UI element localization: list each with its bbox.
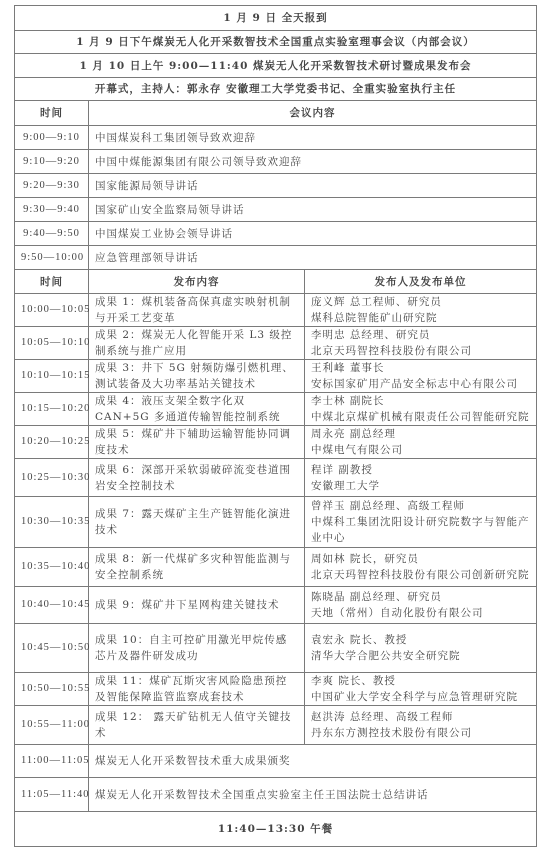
table-row: 10:15—10:20 成果 4：液压支架全数字化双 CAN+5G 多通道传输智…	[15, 393, 537, 426]
row-content: 中国煤炭工业协会领导讲话	[89, 222, 537, 246]
row-presenter: 李明忠 总经理、研究员北京天玛智控科技股份有限公司	[305, 327, 537, 360]
row-content: 成果 11：煤矿瓦斯灾害风险隐患预控及智能保障监管监察成套技术	[89, 673, 305, 706]
table-row: 9:20—9:30 国家能源局领导讲话	[15, 174, 537, 198]
row-time: 10:30—10:35	[15, 497, 89, 548]
row-content: 成果 9：煤矿井下星网构建关键技术	[89, 587, 305, 624]
row-time: 11:05—11:40	[15, 778, 89, 812]
table-row: 10:00—10:05 成果 1：煤机装备高保真虚实映射机制与开采工艺变革 庞义…	[15, 294, 537, 327]
row-content: 成果 5：煤矿井下辅助运输智能协同调度技术	[89, 426, 305, 459]
table-row: 10:50—10:55 成果 11：煤矿瓦斯灾害风险隐患预控及智能保障监管监察成…	[15, 673, 537, 706]
presenter-name: 程详 副教授	[311, 462, 530, 478]
row-presenter: 李爽 院长、教授中国矿业大学安全科学与应急管理研究院	[305, 673, 537, 706]
row-time: 10:40—10:45	[15, 587, 89, 624]
presenter-org: 安标国家矿用产品安全标志中心有限公司	[311, 376, 530, 392]
row-content: 成果 8：新一代煤矿多灾种智能监测与安全控制系统	[89, 548, 305, 587]
table-row: 10:30—10:35 成果 7：露天煤矿主生产链智能化演进技术 曾祥玉 副总经…	[15, 497, 537, 548]
row-content: 成果 12： 露天矿钻机无人值守关键技术	[89, 706, 305, 745]
presenter-name: 李爽 院长、教授	[311, 673, 530, 689]
row-time: 10:35—10:40	[15, 548, 89, 587]
banner-row: 1 月 9 日下午煤炭无人化开采数智技术全国重点实验室理事会议（内部会议）	[15, 31, 537, 54]
presenter-name: 王利峰 董事长	[311, 360, 530, 376]
banner-row: 1 月 10 日上午 9:00—11:40 煤炭无人化开采数智技术研讨暨成果发布…	[15, 54, 537, 78]
row-content: 国家能源局领导讲话	[89, 174, 537, 198]
row-presenter: 赵洪涛 总经理、高级工程师丹东东方测控技术股份有限公司	[305, 706, 537, 745]
row-content: 应急管理部领导讲话	[89, 246, 537, 270]
row-time: 10:00—10:05	[15, 294, 89, 327]
row-content: 煤炭无人化开采数智技术重大成果颁奖	[89, 745, 537, 778]
header-meeting-content: 会议内容	[89, 101, 537, 126]
table-row: 9:30—9:40 国家矿山安全监察局领导讲话	[15, 198, 537, 222]
presenter-org: 清华大学合肥公共安全研究院	[311, 648, 530, 664]
row-content: 成果 2：煤炭无人化智能开采 L3 级控制系统与推广应用	[89, 327, 305, 360]
row-content: 成果 7：露天煤矿主生产链智能化演进技术	[89, 497, 305, 548]
table-row: 11:00—11:05 煤炭无人化开采数智技术重大成果颁奖	[15, 745, 537, 778]
presenter-org: 煤科总院智能矿山研究院	[311, 310, 530, 326]
row-time: 9:40—9:50	[15, 222, 89, 246]
table-row: 10:05—10:10 成果 2：煤炭无人化智能开采 L3 级控制系统与推广应用…	[15, 327, 537, 360]
header-presenter: 发布人及发布单位	[305, 270, 537, 294]
row-time: 10:10—10:15	[15, 360, 89, 393]
presenter-org: 中煤电气有限公司	[311, 442, 530, 458]
row-time: 10:20—10:25	[15, 426, 89, 459]
row-time: 10:55—11:00	[15, 706, 89, 745]
row-time: 10:45—10:50	[15, 624, 89, 673]
presenter-name: 陈晓晶 副总经理、研究员	[311, 589, 530, 605]
row-time: 9:00—9:10	[15, 126, 89, 150]
table-row: 9:50—10:00 应急管理部领导讲话	[15, 246, 537, 270]
row-content: 中国中煤能源集团有限公司领导致欢迎辞	[89, 150, 537, 174]
row-presenter: 周永亮 副总经理中煤电气有限公司	[305, 426, 537, 459]
banner-council-meeting: 1 月 9 日下午煤炭无人化开采数智技术全国重点实验室理事会议（内部会议）	[15, 31, 537, 54]
presenter-org: 丹东东方测控技术股份有限公司	[311, 725, 530, 741]
row-presenter: 曾祥玉 副总经理、高级工程师中煤科工集团沈阳设计研究院数字与智能产业中心	[305, 497, 537, 548]
opening-header-row: 时间 会议内容	[15, 101, 537, 126]
presenter-name: 周永亮 副总经理	[311, 426, 530, 442]
banner-seminar: 1 月 10 日上午 9:00—11:40 煤炭无人化开采数智技术研讨暨成果发布…	[15, 54, 537, 78]
agenda-table: 1 月 9 日 全天报到 1 月 9 日下午煤炭无人化开采数智技术全国重点实验室…	[14, 5, 537, 847]
presenter-name: 庞义辉 总工程师、研究员	[311, 294, 530, 310]
row-content: 成果 4：液压支架全数字化双 CAN+5G 多通道传输智能控制系统	[89, 393, 305, 426]
table-row: 9:40—9:50 中国煤炭工业协会领导讲话	[15, 222, 537, 246]
row-time: 10:25—10:30	[15, 459, 89, 497]
banner-opening-host: 开幕式，主持人：郭永存 安徽理工大学党委书记、全重实验室执行主任	[15, 78, 537, 101]
row-presenter: 王利峰 董事长安标国家矿用产品安全标志中心有限公司	[305, 360, 537, 393]
row-content: 成果 6：深部开采软弱破碎流变巷道围岩安全控制技术	[89, 459, 305, 497]
table-row: 9:00—9:10 中国煤炭科工集团领导致欢迎辞	[15, 126, 537, 150]
row-presenter: 陈晓晶 副总经理、研究员天地（常州）自动化股份有限公司	[305, 587, 537, 624]
presenter-org: 安徽理工大学	[311, 478, 530, 494]
table-row: 10:10—10:15 成果 3：井下 5G 射频防爆引燃机理、测试装备及大功率…	[15, 360, 537, 393]
header-time: 时间	[15, 101, 89, 126]
row-time: 11:00—11:05	[15, 745, 89, 778]
row-presenter: 袁宏永 院长、教授清华大学合肥公共安全研究院	[305, 624, 537, 673]
release-header-row: 时间 发布内容 发布人及发布单位	[15, 270, 537, 294]
row-presenter: 周如林 院长，研究员北京天玛智控科技股份有限公司创新研究院	[305, 548, 537, 587]
row-time: 9:20—9:30	[15, 174, 89, 198]
presenter-org: 中国矿业大学安全科学与应急管理研究院	[311, 689, 530, 705]
row-content: 成果 1：煤机装备高保真虚实映射机制与开采工艺变革	[89, 294, 305, 327]
banner-row: 1 月 9 日 全天报到	[15, 6, 537, 31]
presenter-name: 赵洪涛 总经理、高级工程师	[311, 709, 530, 725]
presenter-name: 袁宏永 院长、教授	[311, 632, 530, 648]
row-content: 国家矿山安全监察局领导讲话	[89, 198, 537, 222]
row-time: 9:30—9:40	[15, 198, 89, 222]
table-row: 10:55—11:00 成果 12： 露天矿钻机无人值守关键技术 赵洪涛 总经理…	[15, 706, 537, 745]
row-presenter: 庞义辉 总工程师、研究员煤科总院智能矿山研究院	[305, 294, 537, 327]
row-time: 10:50—10:55	[15, 673, 89, 706]
presenter-org: 北京天玛智控科技股份有限公司创新研究院	[311, 567, 530, 583]
banner-registration: 1 月 9 日 全天报到	[15, 6, 537, 31]
banner-row: 开幕式，主持人：郭永存 安徽理工大学党委书记、全重实验室执行主任	[15, 78, 537, 101]
table-row: 10:20—10:25 成果 5：煤矿井下辅助运输智能协同调度技术 周永亮 副总…	[15, 426, 537, 459]
row-content: 煤炭无人化开采数智技术全国重点实验室主任王国法院士总结讲话	[89, 778, 537, 812]
presenter-org: 天地（常州）自动化股份有限公司	[311, 605, 530, 621]
lunch-break: 11:40—13:30 午餐	[15, 812, 537, 847]
presenter-name: 曾祥玉 副总经理、高级工程师	[311, 498, 530, 514]
row-presenter: 李士林 副院长中煤北京煤矿机械有限责任公司智能研究院	[305, 393, 537, 426]
row-content: 中国煤炭科工集团领导致欢迎辞	[89, 126, 537, 150]
header-time: 时间	[15, 270, 89, 294]
row-time: 10:05—10:10	[15, 327, 89, 360]
presenter-org: 中煤科工集团沈阳设计研究院数字与智能产业中心	[311, 514, 530, 546]
presenter-org: 中煤北京煤矿机械有限责任公司智能研究院	[311, 409, 530, 425]
table-row: 11:05—11:40 煤炭无人化开采数智技术全国重点实验室主任王国法院士总结讲…	[15, 778, 537, 812]
presenter-name: 周如林 院长，研究员	[311, 551, 530, 567]
presenter-org: 北京天玛智控科技股份有限公司	[311, 343, 530, 359]
table-row: 10:45—10:50 成果 10：自主可控矿用激光甲烷传感芯片及器件研发成功 …	[15, 624, 537, 673]
table-row: 10:40—10:45 成果 9：煤矿井下星网构建关键技术 陈晓晶 副总经理、研…	[15, 587, 537, 624]
lunch-row: 11:40—13:30 午餐	[15, 812, 537, 847]
row-time: 9:50—10:00	[15, 246, 89, 270]
table-row: 10:25—10:30 成果 6：深部开采软弱破碎流变巷道围岩安全控制技术 程详…	[15, 459, 537, 497]
header-release-content: 发布内容	[89, 270, 305, 294]
table-row: 10:35—10:40 成果 8：新一代煤矿多灾种智能监测与安全控制系统 周如林…	[15, 548, 537, 587]
row-time: 10:15—10:20	[15, 393, 89, 426]
row-content: 成果 10：自主可控矿用激光甲烷传感芯片及器件研发成功	[89, 624, 305, 673]
row-presenter: 程详 副教授安徽理工大学	[305, 459, 537, 497]
row-time: 9:10—9:20	[15, 150, 89, 174]
presenter-name: 李明忠 总经理、研究员	[311, 327, 530, 343]
presenter-name: 李士林 副院长	[311, 393, 530, 409]
table-row: 9:10—9:20 中国中煤能源集团有限公司领导致欢迎辞	[15, 150, 537, 174]
row-content: 成果 3：井下 5G 射频防爆引燃机理、测试装备及大功率基站关键技术	[89, 360, 305, 393]
